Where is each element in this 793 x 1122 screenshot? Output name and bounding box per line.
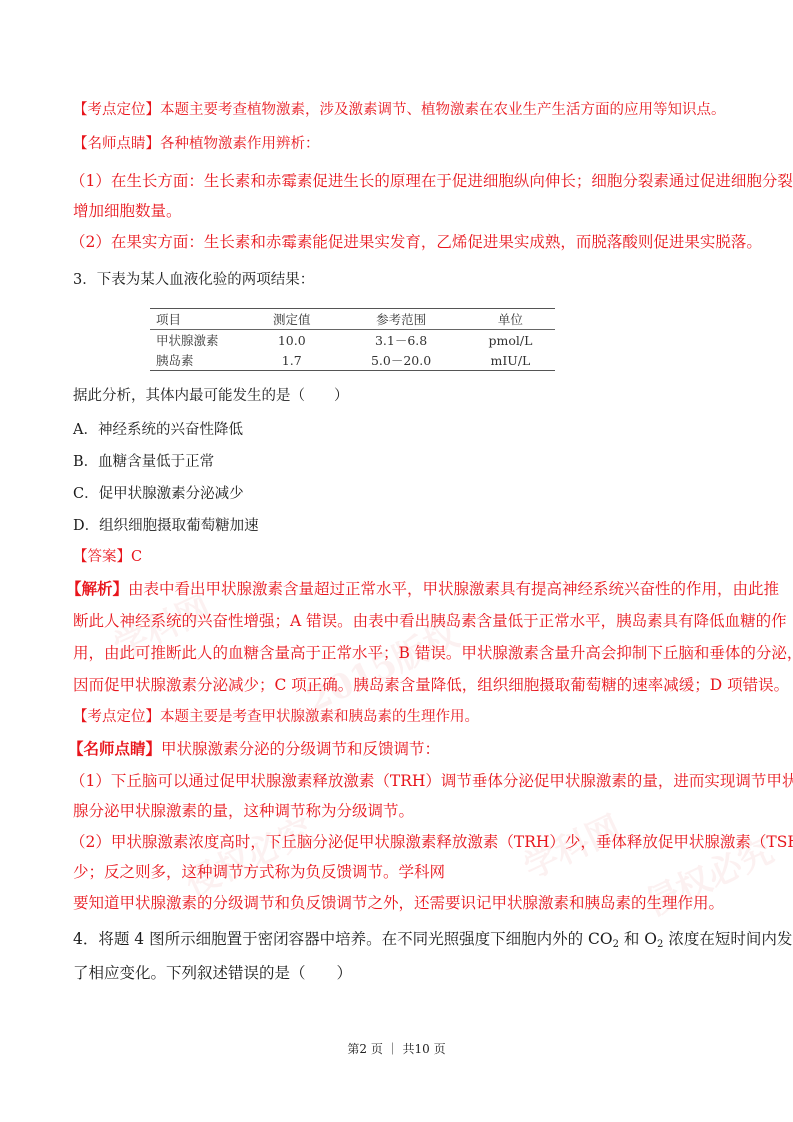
cell: 胰岛素 — [150, 350, 247, 371]
cell: 5.0－20.0 — [336, 350, 466, 371]
q3-prompt: 据此分析，其体内最可能发生的是（ ） — [73, 386, 349, 406]
option-text: 神经系统的兴奋性降低 — [98, 422, 243, 438]
q3-analysis-line1: 【解析】由表中看出甲状腺激素含量超过正常水平，甲状腺激素具有提高神经系统兴奋性的… — [66, 579, 779, 599]
q3-point1-line1: （1）下丘脑可以通过促甲状腺激素释放激素（TRH）调节垂体分泌促甲状腺激素的量，… — [70, 771, 793, 791]
kaodian-text: 本题主要是考查甲状腺激素和胰岛素的生理作用。 — [160, 709, 479, 725]
q3-option-a: A．神经系统的兴奋性降低 — [73, 420, 243, 440]
answer-value: C — [131, 549, 142, 565]
table-header-row: 项目 测定值 参考范围 单位 — [150, 309, 555, 330]
q3-point2-line1: （2）甲状腺激素浓度高时，下丘脑分泌促甲状腺激素释放激素（TRH）少，垂体释放促… — [70, 832, 793, 852]
blood-test-table: 项目 测定值 参考范围 单位 甲状腺激素 10.0 3.1－6.8 pmol/L… — [150, 308, 555, 371]
q4-line1: 4．将题 4 图所示细胞置于密闭容器中培养。在不同光照强度下细胞内外的 CO2 … — [73, 929, 793, 955]
q4-text-b: 和 O — [619, 930, 657, 948]
q3-mingshi: 【名师点睛】甲状腺激素分泌的分级调节和反馈调节： — [68, 739, 440, 759]
option-text: 血糖含量低于正常 — [98, 454, 214, 470]
option-label: B． — [73, 454, 98, 470]
table-row: 甲状腺激素 10.0 3.1－6.8 pmol/L — [150, 330, 555, 351]
option-text: 组织细胞摄取葡萄糖加速 — [99, 518, 259, 534]
q4-text-c: 浓度在短时间内发生 — [663, 930, 793, 948]
cell: 10.0 — [247, 330, 336, 351]
page-footer: 第2 页 ｜ 共10 页 — [0, 1040, 793, 1057]
q3-point2-line2: 少；反之则多，这种调节方式称为负反馈调节。学科网 — [73, 862, 445, 882]
cell: 3.1－6.8 — [336, 330, 466, 351]
prev-kaodian: 【考点定位】本题主要考查植物激素，涉及激素调节、植物激素在农业生产生活方面的应用… — [73, 100, 726, 120]
q3-analysis-line4: 因而促甲状腺激素分泌减少；C 项正确。胰岛素含量降低，组织细胞摄取葡萄糖的速率减… — [73, 675, 789, 695]
kaodian-tag: 【考点定位】 — [73, 709, 160, 725]
header-item: 项目 — [150, 309, 247, 330]
option-text: 促甲状腺激素分泌减少 — [99, 486, 244, 502]
prev-mingshi: 【名师点睛】各种植物激素作用辨析： — [73, 134, 320, 154]
q3-summary: 要知道甲状腺激素的分级调节和负反馈调节之外，还需要识记甲状腺激素和胰岛素的生理作… — [73, 893, 724, 913]
q3-option-c: C．促甲状腺激素分泌减少 — [73, 484, 244, 504]
mingshi-text: 各种植物激素作用辨析： — [160, 136, 320, 152]
q3-kaodian: 【考点定位】本题主要是考查甲状腺激素和胰岛素的生理作用。 — [73, 707, 479, 727]
q3-analysis-line2: 断此人神经系统的兴奋性增强；A 错误。由表中看出胰岛素含量低于正常水平，胰岛素具… — [73, 611, 787, 631]
analysis-text: 由表中看出甲状腺激素含量超过正常水平，甲状腺激素具有提高神经系统兴奋性的作用，由… — [128, 580, 779, 598]
cell: 甲状腺激素 — [150, 330, 247, 351]
prev-point1-line2: 增加细胞数量。 — [73, 201, 182, 221]
q3-answer: 【答案】C — [73, 547, 142, 567]
option-label: A． — [73, 422, 98, 438]
mingshi-tag: 【名师点睛】 — [73, 136, 160, 152]
header-measured: 测定值 — [247, 309, 336, 330]
option-label: D． — [73, 518, 99, 534]
cell: mIU/L — [466, 350, 555, 371]
table-row: 胰岛素 1.7 5.0－20.0 mIU/L — [150, 350, 555, 371]
q3-point1-line2: 腺分泌甲状腺激素的量，这种调节称为分级调节。 — [73, 801, 414, 821]
mingshi-text: 甲状腺激素分泌的分级调节和反馈调节： — [161, 740, 440, 758]
q4-line2: 了相应变化。下列叙述错误的是（ ） — [73, 963, 352, 983]
q3-option-b: B．血糖含量低于正常 — [73, 452, 214, 472]
header-reference: 参考范围 — [336, 309, 466, 330]
kaodian-tag: 【考点定位】 — [73, 102, 160, 118]
option-label: C． — [73, 486, 99, 502]
q3-stem: 3．下表为某人血液化验的两项结果： — [73, 270, 314, 290]
answer-tag: 【答案】 — [73, 549, 131, 565]
prev-point2: （2）在果实方面：生长素和赤霉素能促进果实发育，乙烯促进果实成熟，而脱落酸则促进… — [70, 232, 762, 252]
q3-option-d: D．组织细胞摄取葡萄糖加速 — [73, 516, 259, 536]
header-unit: 单位 — [466, 309, 555, 330]
kaodian-text: 本题主要考查植物激素，涉及激素调节、植物激素在农业生产生活方面的应用等知识点。 — [160, 102, 726, 118]
cell: pmol/L — [466, 330, 555, 351]
mingshi-tag: 【名师点睛】 — [68, 739, 161, 758]
prev-point1-line1: （1）在生长方面：生长素和赤霉素促进生长的原理在于促进细胞纵向伸长；细胞分裂素通… — [70, 171, 793, 191]
q4-text-a: 4．将题 4 图所示细胞置于密闭容器中培养。在不同光照强度下细胞内外的 CO — [73, 930, 613, 948]
cell: 1.7 — [247, 350, 336, 371]
analysis-tag: 【解析】 — [66, 579, 128, 598]
q3-analysis-line3: 用，由此可推断此人的血糖含量高于正常水平；B 错误。甲状腺激素含量升高会抑制下丘… — [73, 643, 793, 663]
